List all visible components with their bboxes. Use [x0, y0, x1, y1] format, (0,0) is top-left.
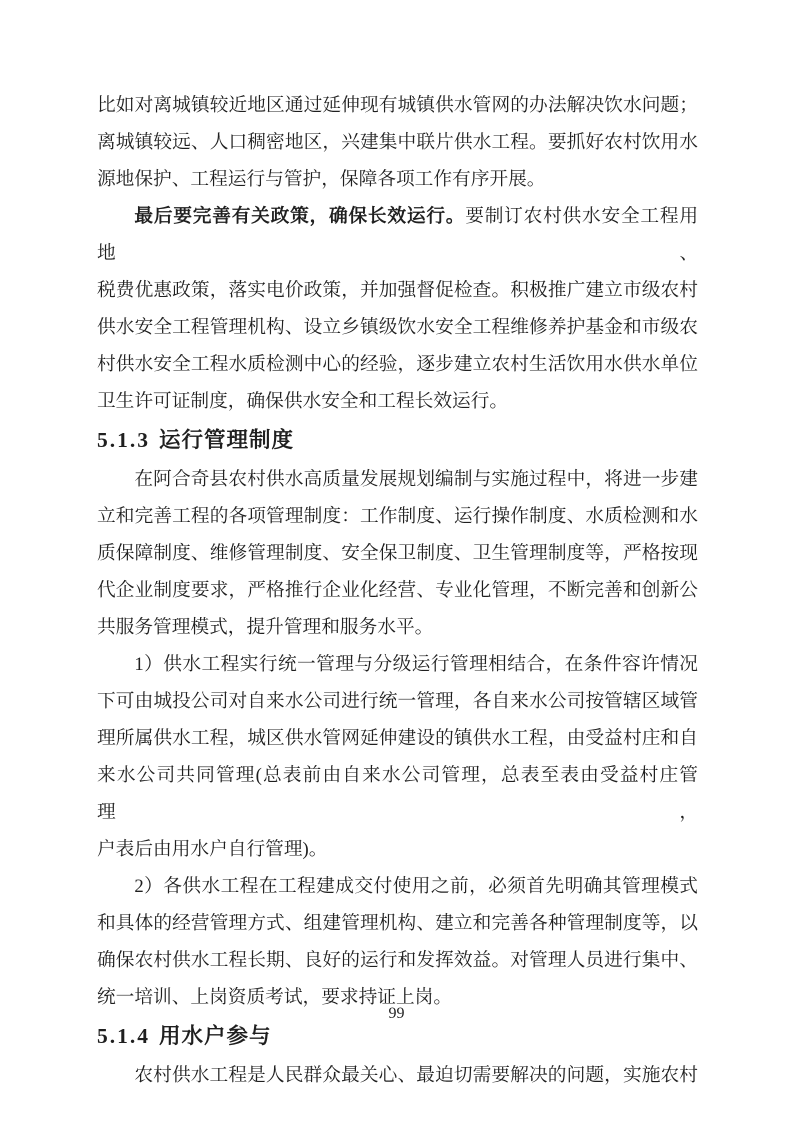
text-run: 理所属供水工程，城区供水管网延伸建设的镇供水工程，由受益村庄和自 [97, 728, 698, 749]
text-run: 和具体的经营管理方式、组建管理机构、建立和完善各种管理制度等，以 [97, 913, 698, 934]
text-line: 共服务管理模式，提升管理和服务水平。 [97, 609, 698, 646]
text-run: 税费优惠政策，落实电价政策，并加强督促检查。积极推广建立市级农村 [97, 280, 698, 301]
document-page: 比如对离城镇较近地区通过延伸现有城镇供水管网的办法解决饮水问题；离城镇较远、人口… [0, 0, 793, 1122]
text-line: 源地保护、工程运行与管护，保障各项工作有序开展。 [97, 161, 698, 198]
page-body: 比如对离城镇较近地区通过延伸现有城镇供水管网的办法解决饮水问题；离城镇较远、人口… [97, 87, 698, 1094]
text-line: 2）各供水工程在工程建成交付使用之前，必须首先明确其管理模式 [97, 868, 698, 905]
text-run: 离城镇较远、人口稠密地区，兴建集中联片供水工程。要抓好农村饮用水 [97, 132, 698, 153]
text-run: 村供水安全工程水质检测中心的经验，逐步建立农村生活饮用水供水单位 [97, 354, 698, 375]
text-line: 确保农村供水工程长期、良好的运行和发挥效益。对管理人员进行集中、 [97, 942, 698, 979]
text-run: 1）供水工程实行统一管理与分级运行管理相结合，在条件容许情况 [134, 654, 698, 675]
heading-number: 5.1.3 [97, 428, 150, 452]
text-line: 税费优惠政策，落实电价政策，并加强督促检查。积极推广建立市级农村 [97, 272, 698, 309]
text-line: 卫生许可证制度，确保供水安全和工程长效运行。 [97, 383, 698, 420]
text-line: 来水公司共同管理(总表前由自来水公司管理，总表至表由受益村庄管理， [97, 757, 698, 831]
text-line: 比如对离城镇较近地区通过延伸现有城镇供水管网的办法解决饮水问题； [97, 87, 698, 124]
text-run: 来水公司共同管理(总表前由自来水公司管理，总表至表由受益村庄管理， [97, 765, 698, 823]
paragraph: 农村供水工程是人民群众最关心、最迫切需要解决的问题，实施农村 [97, 1057, 698, 1094]
text-run: 户表后由用水户自行管理)。 [97, 839, 327, 860]
text-line: 户表后由用水户自行管理)。 [97, 831, 698, 868]
text-run: 农村供水工程是人民群众最关心、最迫切需要解决的问题，实施农村 [134, 1065, 698, 1086]
text-line: 理所属供水工程，城区供水管网延伸建设的镇供水工程，由受益村庄和自 [97, 720, 698, 757]
bold-text-run: 最后要完善有关政策，确保长效运行。 [134, 206, 465, 227]
paragraph: 2）各供水工程在工程建成交付使用之前，必须首先明确其管理模式和具体的经营管理方式… [97, 868, 698, 1016]
paragraph: 1）供水工程实行统一管理与分级运行管理相结合，在条件容许情况下可由城投公司对自来… [97, 646, 698, 868]
text-run: 供水安全工程管理机构、设立乡镇级饮水安全工程维修养护基金和市级农 [97, 317, 698, 338]
text-line: 供水安全工程管理机构、设立乡镇级饮水安全工程维修养护基金和市级农 [97, 309, 698, 346]
paragraph: 最后要完善有关政策，确保长效运行。要制订农村供水安全工程用地、税费优惠政策，落实… [97, 198, 698, 420]
text-run: 源地保护、工程运行与管护，保障各项工作有序开展。 [97, 169, 546, 190]
text-run: 下可由城投公司对自来水公司进行统一管理，各自来水公司按管辖区域管 [97, 691, 698, 712]
text-line: 农村供水工程是人民群众最关心、最迫切需要解决的问题，实施农村 [97, 1057, 698, 1094]
text-line: 质保障制度、维修管理制度、安全保卫制度、卫生管理制度等，严格按现 [97, 535, 698, 572]
text-line: 下可由城投公司对自来水公司进行统一管理，各自来水公司按管辖区域管 [97, 683, 698, 720]
paragraph: 在阿合奇县农村供水高质量发展规划编制与实施过程中，将进一步建立和完善工程的各项管… [97, 461, 698, 646]
heading-number: 5.1.4 [97, 1024, 150, 1048]
heading-title: 用水户参与 [159, 1024, 272, 1048]
text-line: 在阿合奇县农村供水高质量发展规划编制与实施过程中，将进一步建 [97, 461, 698, 498]
text-run: 共服务管理模式，提升管理和服务水平。 [97, 617, 433, 638]
text-line: 和具体的经营管理方式、组建管理机构、建立和完善各种管理制度等，以 [97, 905, 698, 942]
text-line: 村供水安全工程水质检测中心的经验，逐步建立农村生活饮用水供水单位 [97, 346, 698, 383]
text-run: 比如对离城镇较近地区通过延伸现有城镇供水管网的办法解决饮水问题； [97, 95, 698, 116]
text-line: 代企业制度要求，严格推行企业化经营、专业化管理，不断完善和创新公 [97, 572, 698, 609]
text-line: 立和完善工程的各项管理制度：工作制度、运行操作制度、水质检测和水 [97, 498, 698, 535]
text-run: 确保农村供水工程长期、良好的运行和发挥效益。对管理人员进行集中、 [97, 950, 698, 971]
text-run: 2）各供水工程在工程建成交付使用之前，必须首先明确其管理模式 [134, 876, 698, 897]
page-number: 99 [0, 1004, 793, 1024]
text-run: 立和完善工程的各项管理制度：工作制度、运行操作制度、水质检测和水 [97, 506, 698, 527]
section-heading: 5.1.3运行管理制度 [97, 420, 698, 461]
text-line: 离城镇较远、人口稠密地区，兴建集中联片供水工程。要抓好农村饮用水 [97, 124, 698, 161]
text-run: 卫生许可证制度，确保供水安全和工程长效运行。 [97, 391, 508, 412]
text-run: 质保障制度、维修管理制度、安全保卫制度、卫生管理制度等，严格按现 [97, 543, 698, 564]
heading-title: 运行管理制度 [159, 428, 294, 452]
paragraph: 比如对离城镇较近地区通过延伸现有城镇供水管网的办法解决饮水问题；离城镇较远、人口… [97, 87, 698, 198]
text-run: 代企业制度要求，严格推行企业化经营、专业化管理，不断完善和创新公 [97, 580, 698, 601]
text-run: 在阿合奇县农村供水高质量发展规划编制与实施过程中，将进一步建 [134, 469, 698, 490]
text-line: 1）供水工程实行统一管理与分级运行管理相结合，在条件容许情况 [97, 646, 698, 683]
text-line: 最后要完善有关政策，确保长效运行。要制订农村供水安全工程用地、 [97, 198, 698, 272]
